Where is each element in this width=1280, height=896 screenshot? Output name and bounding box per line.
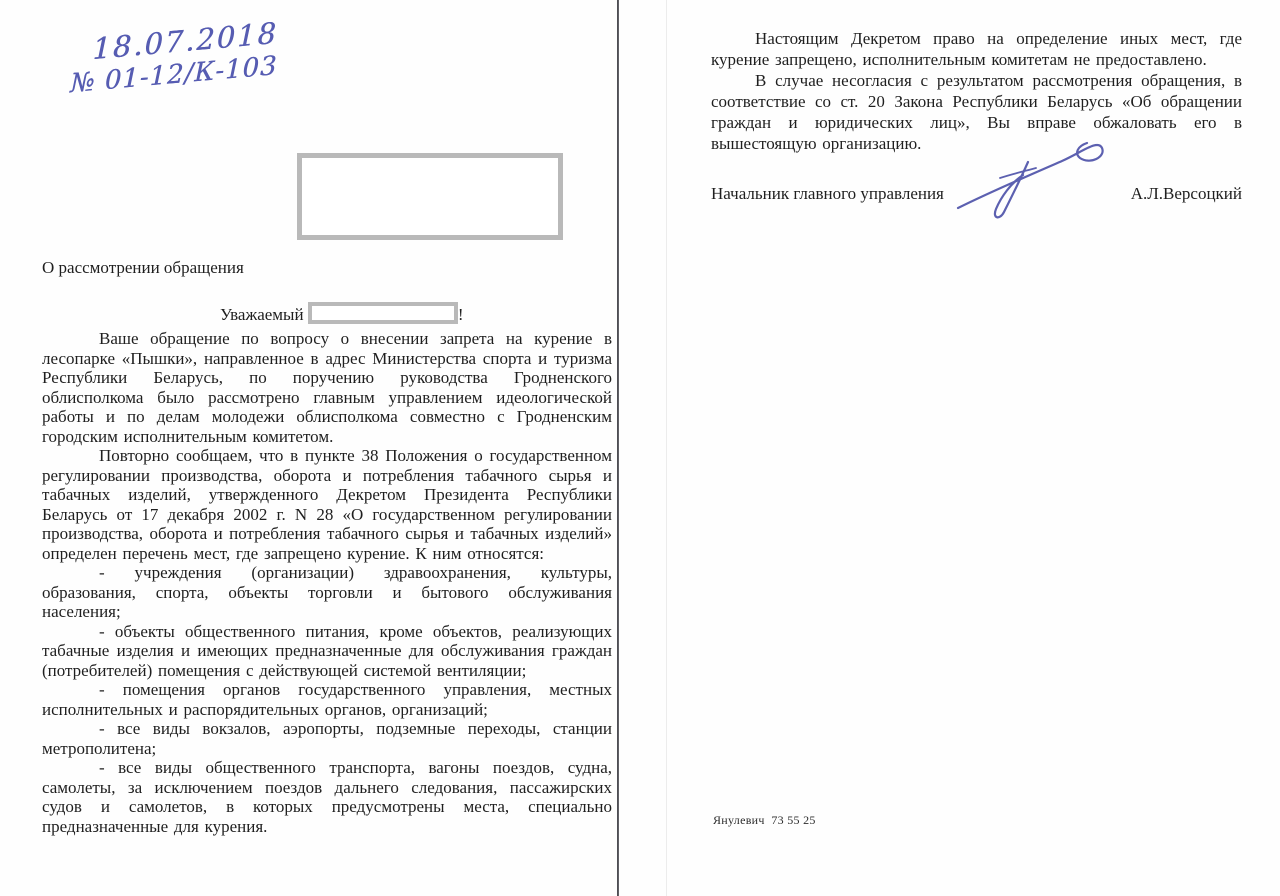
page-divider — [617, 0, 619, 896]
salutation-suffix: ! — [458, 305, 464, 324]
list-item: - все виды вокзалов, аэропорты, подземны… — [42, 719, 612, 758]
closing-paragraph: Настоящим Декретом право на определение … — [711, 28, 1242, 70]
redacted-name-box — [308, 302, 458, 324]
redacted-address-box — [297, 153, 563, 240]
salutation: Уважаемый ! — [42, 302, 612, 325]
left-page-body: Ваше обращение по вопросу о внесении зап… — [42, 329, 612, 836]
signature-title: Начальник главного управления — [711, 184, 944, 204]
list-item: - все виды общественного транспорта, ваг… — [42, 758, 612, 836]
signature-row: Начальник главного управления А.Л.Версоц… — [711, 184, 1242, 204]
salutation-prefix: Уважаемый — [220, 305, 304, 324]
signature-scribble — [940, 126, 1120, 221]
handwritten-registration: 18.07.2018 № 01-12/К-103 — [70, 17, 278, 101]
body-paragraph: Повторно сообщаем, что в пункте 38 Полож… — [42, 446, 612, 563]
list-item: - учреждения (организации) здравоохранен… — [42, 563, 612, 622]
signature-name: А.Л.Версоцкий — [1131, 184, 1242, 204]
executor-note: Янулевич 73 55 25 — [713, 813, 816, 828]
page-edge-shadow — [666, 0, 667, 896]
scanned-letter: 18.07.2018 № 01-12/К-103 О рассмотрении … — [0, 0, 1280, 896]
list-item: - объекты общественного питания, кроме о… — [42, 622, 612, 681]
body-paragraph: Ваше обращение по вопросу о внесении зап… — [42, 329, 612, 446]
subject-line: О рассмотрении обращения — [42, 258, 612, 278]
list-item: - помещения органов государственного упр… — [42, 680, 612, 719]
